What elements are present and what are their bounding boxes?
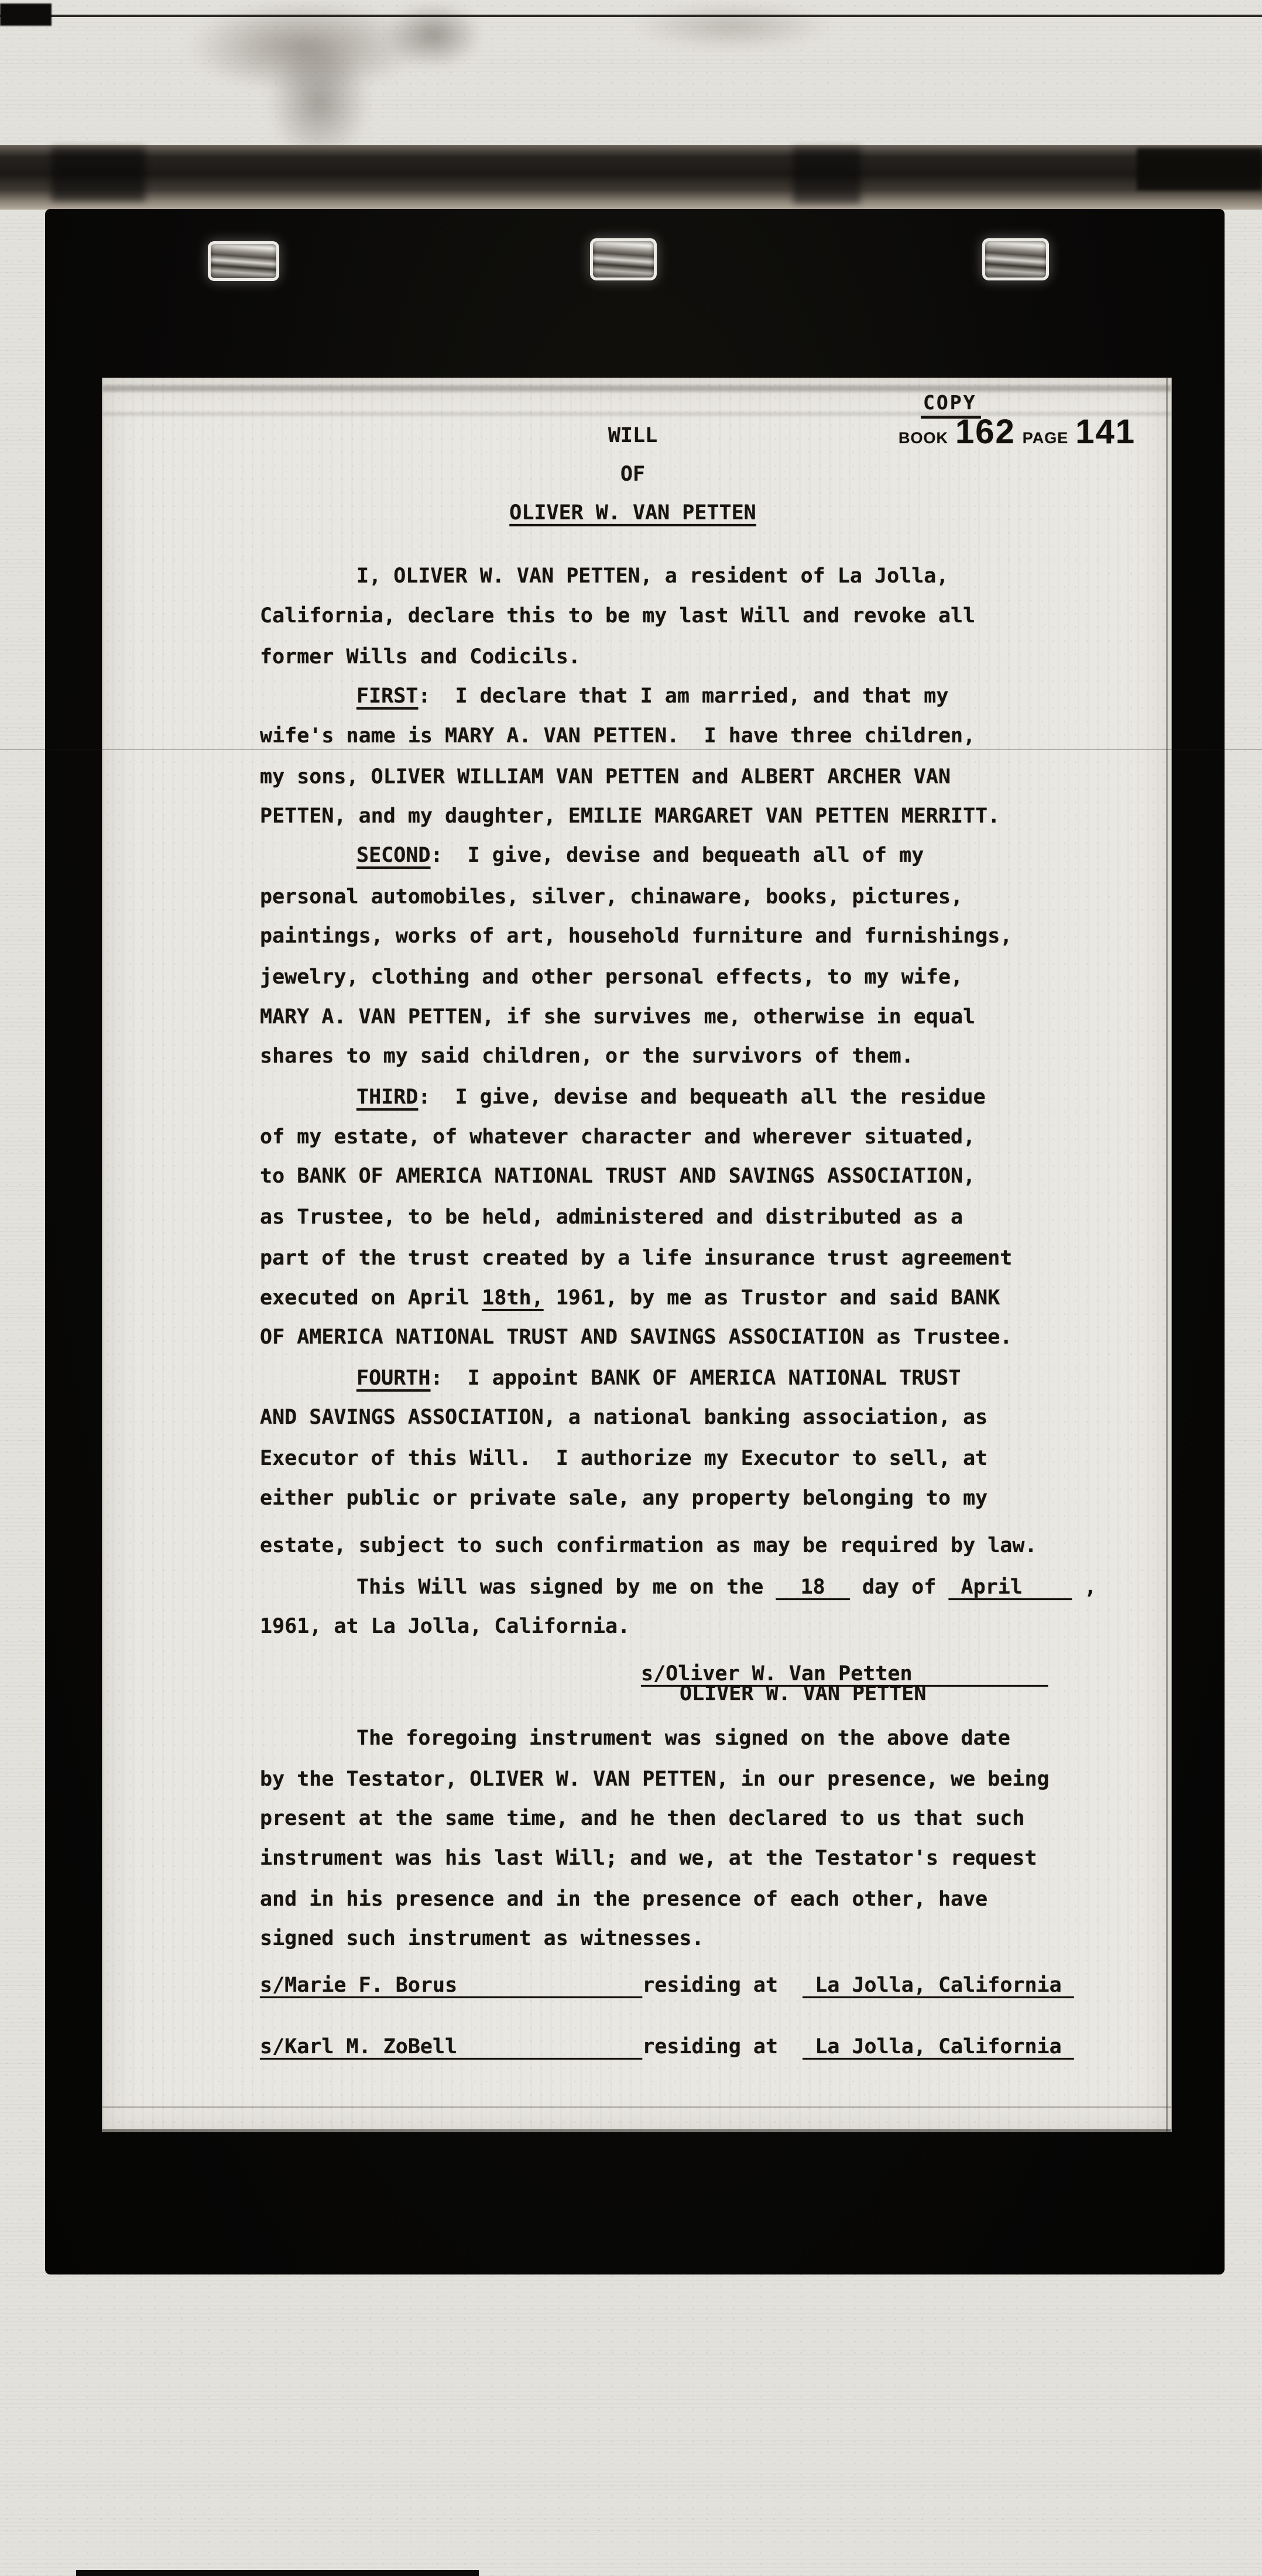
document-line: SECOND: I give, devise and bequeath all …	[356, 844, 924, 867]
page-label: PAGE	[1023, 429, 1069, 447]
will-document-page: COPY BOOK 162 PAGE 141 WILL OF OLIVER W.…	[102, 378, 1172, 2132]
binder-clip	[208, 241, 279, 281]
document-line: MARY A. VAN PETTEN, if she survives me, …	[260, 1005, 975, 1029]
document-line: 1961, at La Jolla, California.	[260, 1615, 630, 1638]
document-line: wife's name is MARY A. VAN PETTEN. I hav…	[260, 724, 975, 748]
document-line: either public or private sale, any prope…	[260, 1486, 987, 1510]
residing-at-label: residing at	[642, 2035, 803, 2058]
document-line: paintings, works of art, household furni…	[260, 924, 1012, 948]
document-title-of: OF	[620, 463, 645, 486]
document-line: The foregoing instrument was signed on t…	[356, 1727, 1010, 1750]
document-line: I, OLIVER W. VAN PETTEN, a resident of L…	[356, 564, 948, 588]
month-fill-in: April	[948, 1575, 1072, 1599]
document-line: jewelry, clothing and other personal eff…	[260, 965, 963, 989]
witness-signature: s/Karl M. ZoBell	[260, 2035, 642, 2058]
testator-typed-name: OLIVER W. VAN PETTEN	[680, 1682, 926, 1705]
document-line: present at the same time, and he then de…	[260, 1807, 1024, 1830]
document-line: signed such instrument as witnesses.	[260, 1927, 704, 1950]
film-edge-shadow	[52, 148, 145, 201]
film-background: COPY BOOK 162 PAGE 141 WILL OF OLIVER W.…	[0, 0, 1262, 2576]
residing-at-label: residing at	[642, 1974, 803, 1997]
document-line: as Trustee, to be held, administered and…	[260, 1205, 963, 1229]
document-line: and in his presence and in the presence …	[260, 1888, 987, 1911]
book-number: 162	[955, 412, 1016, 451]
book-page-stamp: BOOK 162 PAGE 141	[899, 412, 1136, 451]
binder-clip	[590, 238, 657, 280]
document-line: This Will was signed by me on the 18 day…	[356, 1575, 1096, 1599]
document-line: shares to my said children, or the survi…	[260, 1044, 914, 1068]
document-line: my sons, OLIVER WILLIAM VAN PETTEN and A…	[260, 765, 951, 789]
film-scratch-line	[0, 15, 1262, 17]
binder-clip	[982, 238, 1049, 280]
document-line: to BANK OF AMERICA NATIONAL TRUST AND SA…	[260, 1164, 975, 1188]
film-edge-shadow	[793, 148, 860, 204]
witness-row: s/Marie F. Borus residing at La Jolla, C…	[260, 1974, 1074, 1997]
witness-row: s/Karl M. ZoBell residing at La Jolla, C…	[260, 2035, 1074, 2058]
document-title-will: WILL	[608, 424, 657, 447]
document-line: former Wills and Codicils.	[260, 645, 581, 669]
document-line: by the Testator, OLIVER W. VAN PETTEN, i…	[260, 1767, 1050, 1791]
book-label: BOOK	[899, 429, 948, 447]
document-line: FIRST: I declare that I am married, and …	[356, 684, 948, 708]
day-fill-in: 18	[776, 1575, 849, 1599]
clause-heading-third: THIRD	[356, 1085, 418, 1109]
page-soil-streak	[102, 385, 1171, 392]
document-line: OF AMERICA NATIONAL TRUST AND SAVINGS AS…	[260, 1325, 1012, 1349]
document-line: FOURTH: I appoint BANK OF AMERICA NATION…	[356, 1366, 961, 1390]
document-line: AND SAVINGS ASSOCIATION, a national bank…	[260, 1406, 987, 1429]
clause-heading-first: FIRST	[356, 684, 418, 708]
document-line: instrument was his last Will; and we, at…	[260, 1847, 1037, 1870]
document-line: part of the trust created by a life insu…	[260, 1246, 1012, 1270]
clause-heading-second: SECOND	[356, 844, 430, 867]
witness-address: La Jolla, California	[803, 1974, 1074, 1997]
document-line: executed on April 18th, 1961, by me as T…	[260, 1286, 1000, 1310]
page-number: 141	[1075, 412, 1136, 451]
page-edge-line	[1166, 378, 1168, 2132]
document-line: personal automobiles, silver, chinaware,…	[260, 885, 963, 909]
witness-signature: s/Marie F. Borus	[260, 1974, 642, 1997]
page-edge-line	[102, 2106, 1171, 2108]
film-bottom-mark	[76, 2570, 479, 2576]
clause-heading-fourth: FOURTH	[356, 1366, 430, 1390]
trust-date-underlined: 18th,	[482, 1286, 543, 1310]
film-edge-band	[0, 145, 1262, 210]
film-corner-mark	[0, 4, 52, 26]
film-edge-shadow	[1137, 148, 1262, 190]
film-smudge	[597, 0, 866, 59]
document-title-testator-name: OLIVER W. VAN PETTEN	[509, 501, 756, 525]
document-line: of my estate, of whatever character and …	[260, 1125, 975, 1149]
page-edge-line	[102, 2129, 1171, 2132]
document-line: California, declare this to be my last W…	[260, 604, 975, 628]
witness-address: La Jolla, California	[803, 2035, 1074, 2058]
document-line: estate, subject to such confirmation as …	[260, 1534, 1037, 1557]
document-line: Executor of this Will. I authorize my Ex…	[260, 1447, 987, 1470]
document-line: PETTEN, and my daughter, EMILIE MARGARET…	[260, 804, 1000, 828]
document-line: THIRD: I give, devise and bequeath all t…	[356, 1085, 986, 1109]
